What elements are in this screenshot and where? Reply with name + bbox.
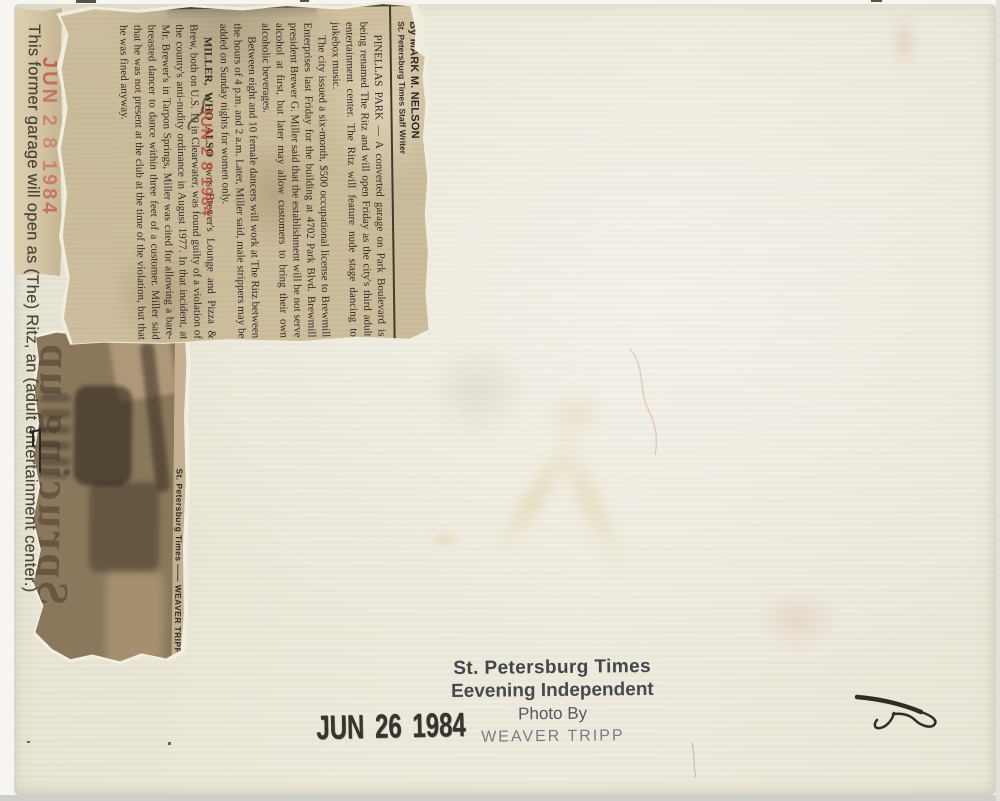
scanner-bed-edge <box>996 0 1000 801</box>
red-date-stamp: JUN 2 8 1984 <box>186 106 215 238</box>
photo-dark-mass <box>88 482 159 573</box>
agency-credit-stamp: St. Petersburg Times Eevening Independen… <box>450 655 656 749</box>
article-body: PINELLAS PARK — A converted garage on Pa… <box>116 21 388 340</box>
agency-stamp-line: Eevening Independent <box>450 678 655 703</box>
ink-speck <box>27 741 30 743</box>
article-paragraph: PINELLAS PARK — A converted garage on Pa… <box>328 21 388 337</box>
article-paragraph: The city issued a six-month, $500 occupa… <box>258 22 332 338</box>
scanner-bed-edge <box>0 795 1000 801</box>
black-date-stamp: JUN 26 1984 <box>316 707 466 748</box>
photo-verso-scan: St. Petersburg Times —— WEAVER TRIPP Spr… <box>0 0 1000 801</box>
scan-edge-fleck <box>871 0 882 2</box>
handwritten-caption: This former garage will open as (The) Ri… <box>13 24 43 624</box>
agency-stamp-line: St. Petersburg Times <box>450 655 655 680</box>
newspaper-clipping: By MARK M. NELSON St. Petersburg Times S… <box>57 3 432 345</box>
agency-stamp-line: WEAVER TRIPP <box>450 724 655 749</box>
photo-car-silhouette <box>73 385 132 486</box>
byline-divider <box>389 3 396 340</box>
halftone-photo: Sprucing up <box>31 333 175 663</box>
ink-speck <box>168 742 171 745</box>
agency-stamp-line: Photo By <box>450 701 655 726</box>
scan-edge-fleck <box>300 0 309 2</box>
photo-highlight <box>105 572 164 664</box>
scan-edge-fleck <box>76 0 96 3</box>
photo-credit-line: St. Petersburg Times —— WEAVER TRIPP <box>173 468 185 653</box>
article-paragraph: Between eight and 10 female dancers will… <box>216 23 262 339</box>
newspaper-photo-fragment: St. Petersburg Times —— WEAVER TRIPP Spr… <box>31 331 188 664</box>
